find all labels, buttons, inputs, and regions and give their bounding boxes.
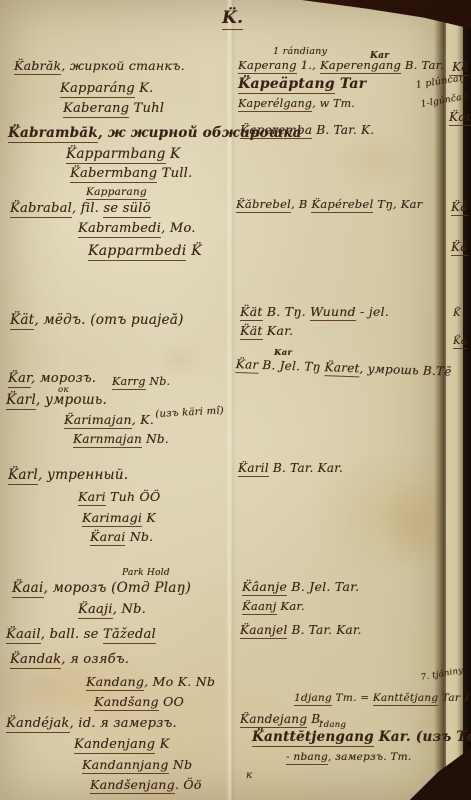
headword: K̈ät xyxy=(240,323,263,340)
headword: K̈ar xyxy=(235,357,258,373)
gloss-text: , жиркой станкъ. xyxy=(61,58,185,73)
handwritten-line: K̈anttĕtjengang Kar. (изъ Tē. xyxy=(252,729,471,745)
headword: K̈abermbang xyxy=(70,166,157,183)
headword: Wuund xyxy=(310,304,356,321)
gloss-text: OO xyxy=(159,694,184,709)
handwritten-line: K̈aanjel B. Tar. Kar. xyxy=(240,623,362,637)
handwritten-line: K̈abrabal, fil. se sülö xyxy=(10,201,151,216)
handwritten-line: Kaperélgang, w Tm. xyxy=(238,97,355,110)
handwritten-line: K̈aail, ball. se Tăžedal xyxy=(6,627,156,642)
gloss-text: , id. я замерзъ. xyxy=(70,716,177,731)
gloss-text: , ball. se xyxy=(41,627,103,642)
gloss-text: 7. tjániny xyxy=(420,666,464,683)
gloss-text: Tuhl xyxy=(129,101,164,116)
gloss-text: 1 rándiany xyxy=(273,46,327,57)
handwritten-line: Karnmajan Nb. xyxy=(73,432,169,446)
handwritten-line: K̈abermbang Tull. xyxy=(70,166,192,181)
headword: K̈ar xyxy=(8,371,31,388)
headword: Kandšang xyxy=(94,694,159,711)
gloss-text: Nb. xyxy=(125,529,153,544)
headword: K̈an xyxy=(449,110,471,126)
headword: K̈abrabal xyxy=(10,201,72,218)
headword: Kanttĕtjang xyxy=(373,692,439,706)
gloss-text: , w Tm. xyxy=(312,97,355,110)
headword: K̈andak xyxy=(10,652,61,669)
headword: Kari xyxy=(78,489,106,506)
gloss-text: , морозъ. xyxy=(31,371,96,386)
gloss-text: к xyxy=(246,770,252,781)
headword: Kandannjang xyxy=(82,757,169,774)
handwritten-line: K̈apeäptang Tar xyxy=(238,76,366,92)
gloss-text: Park Hold xyxy=(122,568,170,578)
gloss-text: K̈ xyxy=(186,243,201,259)
gloss-text: Kar. (изъ Tē. xyxy=(374,729,471,745)
adjacent-page-fragment: K̈an xyxy=(449,110,471,124)
gloss-text: Nb. xyxy=(142,432,169,446)
handwritten-line: к xyxy=(246,770,252,781)
headword: Kabrambedi xyxy=(78,221,161,238)
gloss-text: , умрошь B.Tē xyxy=(359,361,452,378)
gloss-text: Tar xyxy=(335,76,366,92)
gloss-text: 1-lgúnčaŋ xyxy=(420,92,468,110)
handwritten-line: Kandšenjang. Öö xyxy=(90,777,202,792)
headword: Kapparáng xyxy=(60,81,135,98)
headword: K̈aperemba xyxy=(240,123,312,139)
handwritten-line: Kari Tuh ÖÖ xyxy=(78,489,160,504)
headword: K̈ă xyxy=(451,240,468,256)
handwritten-line: K̈ăbrebel, B K̈apérebel Tŋ, Kar xyxy=(236,197,422,211)
gloss-text: B. Jel. Tar. xyxy=(287,579,359,594)
handwritten-line: Kaberang Tuhl xyxy=(63,101,164,116)
headword: Kandšenjang xyxy=(90,777,175,794)
gloss-text: (изъ käri mî) xyxy=(155,405,224,420)
headword: K̈âanje xyxy=(242,579,287,596)
gloss-text: Tull. xyxy=(157,166,192,181)
handwritten-line: Park Hold xyxy=(122,568,170,578)
headword: K̈apérebel xyxy=(311,197,373,213)
gloss-text: Tm. = xyxy=(332,692,373,704)
adjacent-page-fragment: Kä xyxy=(452,60,469,74)
headword: K̈ăbrebel xyxy=(236,197,291,213)
gloss-text: , мёдъ. (отъ puajeă) xyxy=(34,312,183,328)
section-letter-heading: K̈. xyxy=(222,8,243,28)
headword: Kä xyxy=(452,60,469,76)
handwritten-line: 1-lgúnčaŋ xyxy=(420,92,468,110)
handwritten-line: K̈ar, морозъ. xyxy=(8,371,96,386)
gloss-text: Kar xyxy=(274,348,292,358)
handwritten-line: Kandšang OO xyxy=(94,694,184,709)
gloss-text: Tar 1ang xyxy=(438,692,471,704)
handwritten-line: K̈andak, я озябъ. xyxy=(10,652,129,667)
headword: K̈aret xyxy=(324,360,360,377)
gloss-text: , K. xyxy=(132,412,154,427)
handwritten-line: Kar xyxy=(274,348,292,358)
gloss-text: , Nb. xyxy=(113,602,146,617)
handwritten-line: 7. tjániny xyxy=(420,666,464,683)
handwritten-line: Kapparmbedi K̈ xyxy=(88,243,202,259)
gloss-text: K. xyxy=(135,81,154,96)
manuscript-photo: K̈. K̈abrăk, жиркой станкъ.Kapparáng K.K… xyxy=(0,0,471,800)
headword: Kaperang xyxy=(238,58,297,74)
headword: Kandang xyxy=(86,674,144,691)
headword: K̈andéjak xyxy=(6,716,70,733)
headword: - nbang xyxy=(286,751,328,765)
headword: Kaperengang xyxy=(320,58,401,74)
handwritten-line: K̈arimajan, K. xyxy=(64,412,154,427)
headword: K̈ă xyxy=(451,200,468,216)
handwritten-line: K̈arl, утренный. xyxy=(8,467,128,483)
handwritten-line: 1 rándiany xyxy=(273,46,327,57)
handwritten-line: 1djang Tm. = Kanttĕtjang Tar 1ang xyxy=(294,692,471,704)
gloss-text: , замерзъ. Tm. xyxy=(328,751,412,763)
gloss-text: B. Tar. xyxy=(401,58,444,72)
handwritten-line: K̈aai, морозъ (Отд Plaŋ) xyxy=(12,580,191,596)
headword: Kaberang xyxy=(63,101,129,118)
headword: Kapparmbedi xyxy=(88,243,186,261)
gloss-text: B. Tŋ. xyxy=(263,304,310,319)
handwritten-line: Karrg Nb. xyxy=(112,375,170,388)
gloss-text: B. Tar. K. xyxy=(312,123,374,137)
headword: K̈aanj xyxy=(242,599,277,615)
gloss-text: Tŋ, Kar xyxy=(373,197,422,211)
headword: K̈abrambăk xyxy=(8,125,98,143)
headword: K̈arimajan xyxy=(64,412,132,429)
headword: se sülö xyxy=(103,201,150,218)
gloss-text: , Mo K. Nb xyxy=(144,674,215,689)
gloss-text: , умрошь. xyxy=(36,392,107,408)
handwritten-line: K̈aanj Kar. xyxy=(242,599,305,613)
gloss-text: Nb. xyxy=(146,375,171,388)
handwritten-line: Kandannjang Nb xyxy=(82,757,192,772)
handwritten-line: Kapparang xyxy=(86,186,147,198)
handwritten-line: K̈ar B. Jel. Tŋ K̈aret, умрошь B.Tē xyxy=(236,357,452,379)
handwritten-line: K̈andéjak, id. я замерзъ. xyxy=(6,716,177,731)
headword: K̈apparmbang xyxy=(66,146,166,164)
gloss-text: 1., xyxy=(297,58,320,72)
headword: K̈apeäptang xyxy=(238,76,335,94)
headword: K̈aai xyxy=(12,580,44,598)
headword: K̈abrăk xyxy=(14,58,61,75)
gloss-text: K xyxy=(142,510,156,525)
handwritten-line: Kandang, Mo K. Nb xyxy=(86,674,215,689)
section-letter: K̈. xyxy=(222,8,243,30)
gloss-text: Kar. xyxy=(277,599,305,613)
headword: Kaperélgang xyxy=(238,97,312,112)
headword: Karnmajan xyxy=(73,432,142,448)
handwritten-line: Kapparáng K. xyxy=(60,81,154,96)
gloss-text: . Öö xyxy=(175,777,202,792)
headword: K̈arl xyxy=(6,392,36,410)
gloss-text: , морозъ (Отд Plaŋ) xyxy=(44,580,191,596)
gloss-text: Tuh ÖÖ xyxy=(106,489,161,504)
headword: Kapparang xyxy=(86,186,147,200)
adjacent-page-fragment: K̈a xyxy=(453,336,467,347)
handwritten-line: Kabrambedi, Mo. xyxy=(78,221,196,236)
handwritten-line: Kandenjang K xyxy=(74,737,170,752)
headword: K̈aail xyxy=(6,627,41,644)
headword: Karimagi xyxy=(82,510,142,527)
headword: K̈arai xyxy=(90,529,125,546)
headword: K̈arl xyxy=(8,467,38,485)
gloss-text: K̈ xyxy=(453,308,461,319)
adjacent-page-fragment: K̈ă xyxy=(451,200,468,214)
gloss-text: , я озябъ. xyxy=(61,652,129,667)
handwritten-line: Karimagi K xyxy=(82,510,156,525)
headword: K̈aril xyxy=(238,461,269,477)
handwritten-line: K̈abrăk, жиркой станкъ. xyxy=(14,58,185,73)
gloss-text: Nb xyxy=(169,757,193,772)
gloss-text: , утренный. xyxy=(38,467,128,483)
headword: K̈ät xyxy=(10,312,34,330)
gloss-text: , Mo. xyxy=(161,221,196,236)
handwritten-line: Kaperang 1., Kaperengang B. Tar. xyxy=(238,58,444,72)
handwritten-line: K̈apparmbang K xyxy=(66,146,180,162)
gloss-text: K xyxy=(166,146,181,162)
handwritten-line: - nbang, замерзъ. Tm. xyxy=(286,751,411,763)
gloss-text: B. Jel. Tŋ xyxy=(258,358,325,374)
adjacent-page-fragment: K̈ xyxy=(453,308,461,319)
gloss-text: , fil. xyxy=(72,201,103,216)
headword: Tăžedal xyxy=(103,627,156,644)
headword: K̈anttĕtjengang xyxy=(252,729,374,747)
headword: Karrg xyxy=(112,375,146,390)
gloss-text: Kar. xyxy=(263,323,294,338)
handwritten-line: K̈andejang B. xyxy=(240,712,324,726)
handwritten-line: K̈aperemba B. Tar. K. xyxy=(240,123,374,137)
handwritten-line: K̈âanje B. Jel. Tar. xyxy=(242,579,359,594)
gloss-text: B. Tar. Kar. xyxy=(287,623,361,637)
gloss-text: K xyxy=(155,737,169,752)
headword: K̈a xyxy=(453,336,467,349)
handwritten-line: K̈ät, мёдъ. (отъ puajeă) xyxy=(10,312,184,328)
handwritten-line: K̈arai Nb. xyxy=(90,529,153,544)
handwritten-line: K̈ät Kar. xyxy=(240,323,293,338)
adjacent-page-fragment: K̈ă xyxy=(451,240,468,254)
gloss-text: B. Tar. Kar. xyxy=(269,461,343,475)
handwritten-line: K̈arl, умрошь. xyxy=(6,392,107,408)
handwritten-line: K̈aaji, Nb. xyxy=(78,602,146,617)
headword: 1djang xyxy=(294,692,332,706)
headword: K̈ät xyxy=(240,304,263,321)
headword: K̈aaji xyxy=(78,602,113,619)
handwriting-layer: K̈. K̈abrăk, жиркой станкъ.Kapparáng K.K… xyxy=(0,0,471,800)
gloss-text: - jel. xyxy=(356,304,389,319)
handwritten-line: (изъ käri mî) xyxy=(155,405,224,420)
headword: Kandenjang xyxy=(74,737,155,754)
headword: K̈aanjel xyxy=(240,623,287,639)
handwritten-line: K̈ät B. Tŋ. Wuund - jel. xyxy=(240,304,389,319)
handwritten-line: K̈aril B. Tar. Kar. xyxy=(238,461,343,475)
gloss-text: , B xyxy=(291,197,311,211)
headword: K̈andejang xyxy=(240,712,307,728)
